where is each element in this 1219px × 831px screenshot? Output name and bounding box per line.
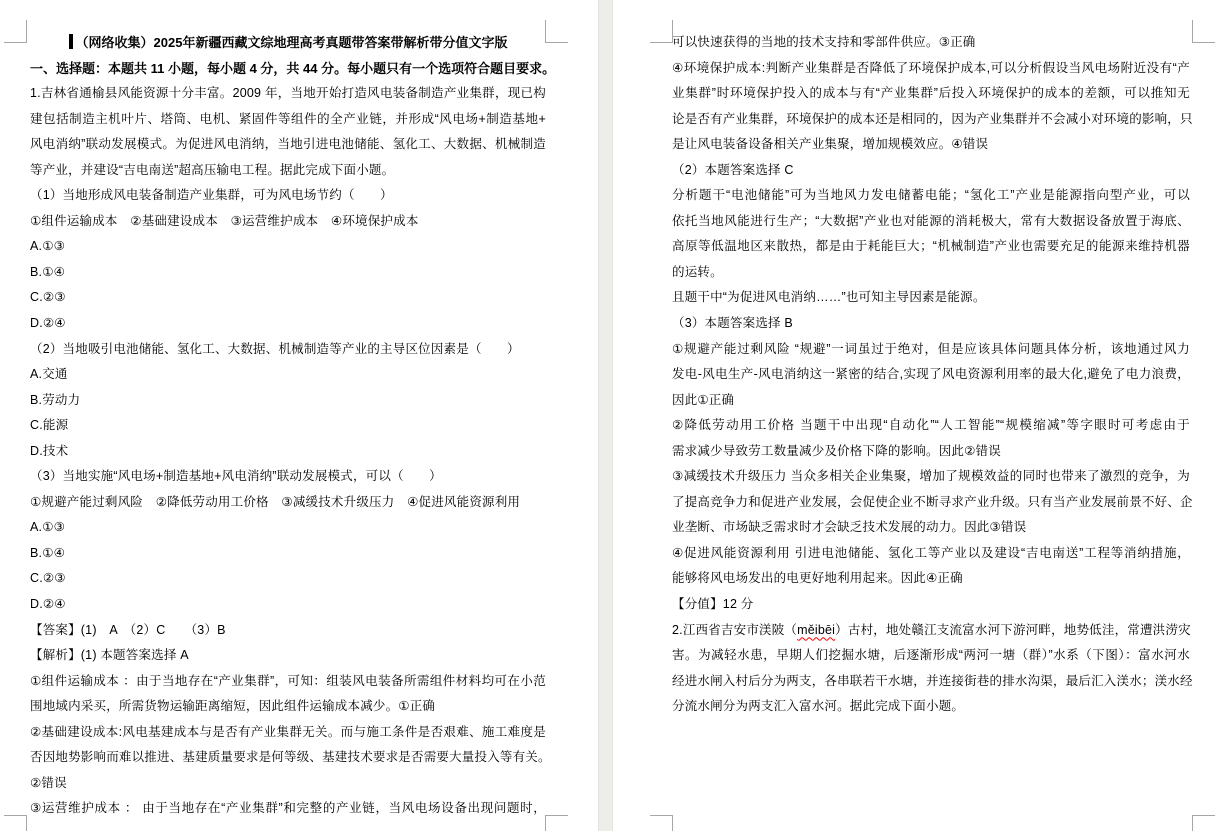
text-line: D.②④: [30, 311, 546, 337]
text-line: C.能源: [30, 413, 546, 439]
text-line: 【分值】12 分: [672, 592, 1190, 618]
text-segment: D.技术: [30, 444, 68, 458]
document-page-right[interactable]: 可以快速获得的当地的技术支持和零部件供应。③正确④环境保护成本:判断产业集群是否…: [613, 0, 1219, 831]
text-line: ①组件运输成本 ：由于当地存在“产业集群”，可知：组装风电装备所需组件材料均可在…: [30, 669, 546, 695]
text-segment: 围地域内采买，所需货物运输距离缩短，因此组件运输成本减少。①正确: [30, 699, 435, 713]
text-segment: 建包括制造主机叶片、塔筒、电机、紧固件等组件的全产业链，并形成“风电场+制造基地…: [30, 112, 546, 126]
text-segment: ③减缓技术升级压力 当众多相关企业集聚，增加了规模效益的同时也带来了激烈的竞争，…: [672, 469, 1190, 483]
crop-mark-left-page-top-left: [4, 20, 27, 43]
text-segment: 论是否有产业集群，环境保护的成本还是相同的，因为产业集群并不会减小对环境的影响，…: [672, 112, 1193, 126]
text-segment: 业集群”时环境保护投入的成本与有“产业集群”后投入环境保护的成本的差额，可以推知…: [672, 86, 1190, 100]
text-line: 围地域内采买，所需货物运输距离缩短，因此组件运输成本减少。①正确: [30, 694, 546, 720]
text-line: ④促进风能资源利用 引进电池储能、氢化工等产业以及建设“吉电南送”工程等消纳措施…: [672, 541, 1190, 567]
text-line: 一、选择题：本题共 11 小题，每小题 4 分，共 44 分。每小题只有一个选项…: [30, 56, 546, 82]
text-line: ③减缓技术升级压力 当众多相关企业集聚，增加了规模效益的同时也带来了激烈的竞争，…: [672, 464, 1190, 490]
text-line: ②错误: [30, 771, 546, 797]
text-segment: 风电消纳”联动发展模式。为促进风电消纳，当地引进电池储能、氢化工、大数据、机械制…: [30, 137, 546, 151]
text-segment: ②错误: [30, 776, 67, 790]
text-line: 能够将风电场发出的电更好地利用起来。因此④正确: [672, 566, 1190, 592]
text-line: 是让风电装备设备相关产业集聚，增加规模效应。④错误: [672, 132, 1190, 158]
text-segment: 了提高竞争力和促进产业发展，会促使企业不断寻求产业升级。只有当产业发展前景不好、…: [672, 495, 1193, 509]
text-caret-bar: [69, 34, 73, 49]
text-segment: ①组件运输成本 ：由于当地存在“产业集群”，可知：组装风电装备所需组件材料均可在…: [30, 674, 546, 688]
text-segment: 依托当地风能进行生产；“大数据”产业也对能源的消耗极大，常有大数据设备放置于海底…: [672, 214, 1190, 228]
text-segment: 发电-风电生产-风电消纳这一紧密的结合,实现了风电资源利用率的最大化,避免了电力…: [672, 367, 1190, 381]
crop-mark-right-page-bottom-left: [650, 815, 673, 831]
crop-mark-left-page-bottom-right: [545, 815, 568, 831]
crop-mark-right-page-bottom-right: [1192, 815, 1215, 831]
text-line: （3）本题答案选择 B: [672, 311, 1190, 337]
text-segment: 1.吉林省通榆县风能资源十分丰富。2009 年，当地开始打造风电装备制造产业集群…: [30, 86, 546, 100]
text-segment: 否因地势影响而难以推进、基建质量要求是何等级、基建技术要求是否需要大量投入等有关…: [30, 750, 551, 764]
text-line: C.②③: [30, 285, 546, 311]
text-segment: 业垄断、市场缺乏需求时才会缺乏技术发展的动力。因此③错误: [672, 520, 1026, 534]
text-line: 经进水闸入村后分为两支，各串联若干水塘，并连接街巷的排水沟渠，最后汇入渼水；渼水…: [672, 669, 1190, 695]
text-line: 业垄断、市场缺乏需求时才会缺乏技术发展的动力。因此③错误: [672, 515, 1190, 541]
text-line: 分析题干“电池储能”可为当地风力发电储蓄电能；“氢化工”产业是能源指向型产业，可…: [672, 183, 1190, 209]
text-line: ②降低劳动用工价格 当题干中出现“自动化”“人工智能”“规模缩减”等字眼时可考虑…: [672, 413, 1190, 439]
text-line: 风电消纳”联动发展模式。为促进风电消纳，当地引进电池储能、氢化工、大数据、机械制…: [30, 132, 546, 158]
text-line: 等产业，并建设“吉电南送”超高压输电工程。据此完成下面小题。: [30, 158, 546, 184]
text-line: （2）本题答案选择 C: [672, 158, 1190, 184]
text-segment: 【分值】12 分: [672, 597, 753, 611]
text-line: 可以快速获得的当地的技术支持和零部件供应。③正确: [672, 30, 1190, 56]
text-line: 且题干中“为促进风电消纳……”也可知主导因素是能源。: [672, 285, 1190, 311]
text-segment: ①组件运输成本 ②基础建设成本 ③运营维护成本 ④环境保护成本: [30, 214, 419, 228]
text-line: （网络收集）2025年新疆西藏文综地理高考真题带答案带解析带分值文字版: [30, 30, 546, 56]
text-segment: 的运转。: [672, 265, 723, 279]
text-segment: 2.江西省吉安市渼陂（: [672, 623, 797, 637]
crop-mark-left-page-top-right: [545, 20, 568, 43]
text-line: A.交通: [30, 362, 546, 388]
text-segment: （2）当地吸引电池储能、氢化工、大数据、机械制造等产业的主导区位因素是（ ）: [30, 342, 520, 356]
text-segment: （网络收集）2025年新疆西藏文综地理高考真题带答案带解析带分值文字版: [76, 35, 508, 50]
text-line: B.劳动力: [30, 388, 546, 414]
text-line: ①规避产能过剩风险 “规避”一词虽过于绝对，但是应该具体问题具体分析，该地通过风…: [672, 337, 1190, 363]
text-line: 2.江西省吉安市渼陂（měibēi）古村，地处赣江支流富水河下游河畔，地势低洼，…: [672, 618, 1190, 644]
page-gap: [598, 0, 613, 831]
text-line: ③运营维护成本 ： 由于当地存在“产业集群”和完整的产业链，当风电场设备出现问题…: [30, 796, 546, 822]
text-segment: ②降低劳动用工价格 当题干中出现“自动化”“人工智能”“规模缩减”等字眼时可考虑…: [672, 418, 1190, 432]
text-segment: B.①④: [30, 546, 65, 560]
crop-mark-left-page-bottom-left: [4, 815, 27, 831]
text-line: 【答案】(1) A （2）C （3）B: [30, 618, 546, 644]
text-segment: 经进水闸入村后分为两支，各串联若干水塘，并连接街巷的排水沟渠，最后汇入渼水；渼水…: [672, 674, 1193, 688]
text-segment: ④环境保护成本:判断产业集群是否降低了环境保护成本,可以分析假设当风电场附近没有…: [672, 61, 1190, 75]
text-line: （1）当地形成风电装备制造产业集群，可为风电场节约（ ）: [30, 183, 546, 209]
text-line: 依托当地风能进行生产；“大数据”产业也对能源的消耗极大，常有大数据设备放置于海底…: [672, 209, 1190, 235]
text-segment: 一、选择题：本题共 11 小题，每小题 4 分，共 44 分。每小题只有一个选项…: [30, 61, 555, 76]
text-segment: 因此①正确: [672, 393, 734, 407]
text-segment: C.能源: [30, 418, 68, 432]
text-line: 因此①正确: [672, 388, 1190, 414]
text-segment: 【答案】(1) A （2）C （3）B: [30, 623, 226, 637]
text-line: 需求减少导致劳工数量减少及价格下降的影响。因此②错误: [672, 439, 1190, 465]
text-segment: B.①④: [30, 265, 65, 279]
text-segment: B.劳动力: [30, 393, 80, 407]
text-segment: ③运营维护成本 ： 由于当地存在“产业集群”和完整的产业链，当风电场设备出现问题…: [30, 801, 546, 815]
text-line: 的运转。: [672, 260, 1190, 286]
text-line: ②基础建设成本:风电基建成本与是否有产业集群无关。而与施工条件是否艰难、施工难度…: [30, 720, 546, 746]
text-segment: ④促进风能资源利用 引进电池储能、氢化工等产业以及建设“吉电南送”工程等消纳措施…: [672, 546, 1190, 560]
text-segment: C.②③: [30, 571, 66, 585]
text-segment: A.①③: [30, 520, 65, 534]
text-line: 1.吉林省通榆县风能资源十分丰富。2009 年，当地开始打造风电装备制造产业集群…: [30, 81, 546, 107]
text-line: ①规避产能过剩风险 ②降低劳动用工价格 ③减缓技术升级压力 ④促进风能资源利用: [30, 490, 546, 516]
text-segment: （3）当地实施“风电场+制造基地+风电消纳”联动发展模式，可以（ ）: [30, 469, 442, 483]
text-line: 了提高竞争力和促进产业发展，会促使企业不断寻求产业升级。只有当产业发展前景不好、…: [672, 490, 1190, 516]
text-segment: （3）本题答案选择 B: [672, 316, 793, 330]
text-line: （3）当地实施“风电场+制造基地+风电消纳”联动发展模式，可以（ ）: [30, 464, 546, 490]
crop-mark-right-page-top-left: [650, 20, 673, 43]
text-segment: 高原等低温地区来散热，都是由于耗能巨大；“机械制造”产业也需要充足的能源来维持机…: [672, 239, 1190, 253]
text-line: 害。为减轻水患，早期人们挖掘水塘，后逐渐形成“两河一塘（群）”水系（下图）：富水…: [672, 643, 1190, 669]
text-segment: 且题干中“为促进风电消纳……”也可知主导因素是能源。: [672, 290, 986, 304]
crop-mark-right-page-top-right: [1192, 20, 1215, 43]
text-segment: D.②④: [30, 316, 66, 330]
text-line: 高原等低温地区来散热，都是由于耗能巨大；“机械制造”产业也需要充足的能源来维持机…: [672, 234, 1190, 260]
text-segment: （1）当地形成风电装备制造产业集群，可为风电场节约（ ）: [30, 188, 393, 202]
text-line: ①组件运输成本 ②基础建设成本 ③运营维护成本 ④环境保护成本: [30, 209, 546, 235]
text-segment: C.②③: [30, 290, 66, 304]
text-line: 否因地势影响而难以推进、基建质量要求是何等级、基建技术要求是否需要大量投入等有关…: [30, 745, 546, 771]
text-line: 发电-风电生产-风电消纳这一紧密的结合,实现了风电资源利用率的最大化,避免了电力…: [672, 362, 1190, 388]
text-line: D.②④: [30, 592, 546, 618]
text-line: 论是否有产业集群，环境保护的成本还是相同的，因为产业集群并不会减小对环境的影响，…: [672, 107, 1190, 133]
text-line: 业集群”时环境保护投入的成本与有“产业集群”后投入环境保护的成本的差额，可以推知…: [672, 81, 1190, 107]
text-line: 建包括制造主机叶片、塔筒、电机、紧固件等组件的全产业链，并形成“风电场+制造基地…: [30, 107, 546, 133]
text-segment: 分流水闸分为两支汇入富水河。据此完成下面小题。: [672, 699, 964, 713]
text-segment: ②基础建设成本:风电基建成本与是否有产业集群无关。而与施工条件是否艰难、施工难度…: [30, 725, 546, 739]
text-segment: 需求减少导致劳工数量减少及价格下降的影响。因此②错误: [672, 444, 1001, 458]
text-segment: 可以快速获得的当地的技术支持和零部件供应。③正确: [672, 35, 976, 49]
text-line: ④环境保护成本:判断产业集群是否降低了环境保护成本,可以分析假设当风电场附近没有…: [672, 56, 1190, 82]
text-line: 分流水闸分为两支汇入富水河。据此完成下面小题。: [672, 694, 1190, 720]
text-segment: A.①③: [30, 239, 65, 253]
text-segment: 分析题干“电池储能”可为当地风力发电储蓄电能；“氢化工”产业是能源指向型产业，可…: [672, 188, 1190, 202]
spellcheck-underline-text: měibēi: [797, 623, 835, 637]
text-segment: ①规避产能过剩风险 “规避”一词虽过于绝对，但是应该具体问题具体分析，该地通过风…: [672, 342, 1190, 356]
text-line: C.②③: [30, 566, 546, 592]
text-line: D.技术: [30, 439, 546, 465]
text-segment: 【解析】(1) 本题答案选择 A: [30, 648, 189, 662]
text-line: A.①③: [30, 234, 546, 260]
text-segment: 害。为减轻水患，早期人们挖掘水塘，后逐渐形成“两河一塘（群）”水系（下图）：富水…: [672, 648, 1190, 662]
text-segment: D.②④: [30, 597, 66, 611]
document-page-left[interactable]: （网络收集）2025年新疆西藏文综地理高考真题带答案带解析带分值文字版一、选择题…: [0, 0, 598, 831]
text-line: A.①③: [30, 515, 546, 541]
text-segment: 等产业，并建设“吉电南送”超高压输电工程。据此完成下面小题。: [30, 163, 394, 177]
text-line: B.①④: [30, 541, 546, 567]
text-line: B.①④: [30, 260, 546, 286]
text-segment: A.交通: [30, 367, 68, 381]
text-line: （2）当地吸引电池储能、氢化工、大数据、机械制造等产业的主导区位因素是（ ）: [30, 337, 546, 363]
text-segment: ）古村，地处赣江支流富水河下游河畔，地势低洼，常遭洪涝灾: [835, 623, 1191, 637]
text-segment: ①规避产能过剩风险 ②降低劳动用工价格 ③减缓技术升级压力 ④促进风能资源利用: [30, 495, 520, 509]
text-segment: 是让风电装备设备相关产业集聚，增加规模效应。④错误: [672, 137, 988, 151]
page-text-area: （网络收集）2025年新疆西藏文综地理高考真题带答案带解析带分值文字版一、选择题…: [30, 30, 546, 822]
text-segment: 能够将风电场发出的电更好地利用起来。因此④正确: [672, 571, 963, 585]
page-text-area: 可以快速获得的当地的技术支持和零部件供应。③正确④环境保护成本:判断产业集群是否…: [672, 30, 1190, 720]
text-segment: （2）本题答案选择 C: [672, 163, 794, 177]
text-line: 【解析】(1) 本题答案选择 A: [30, 643, 546, 669]
